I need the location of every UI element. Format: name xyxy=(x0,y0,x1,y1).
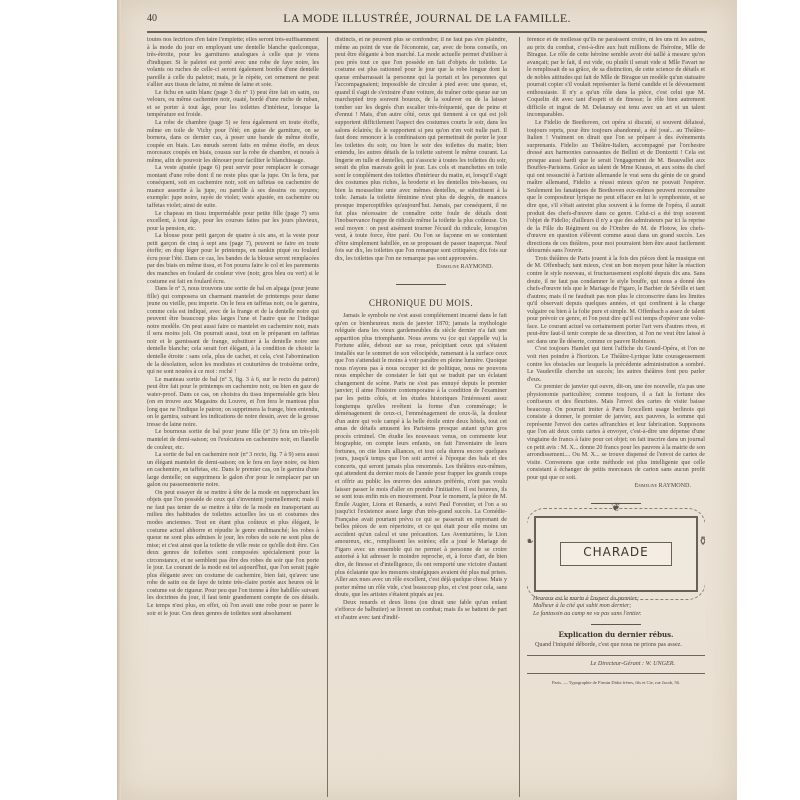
charade-verse: Le fantassin au camp ne va pas sans l'en… xyxy=(533,611,705,619)
paragraph: La sortie de bal en cachemire noir (nº 3… xyxy=(147,452,319,490)
printer-imprint: Paris. — Typographie de Firmin Didot frè… xyxy=(527,679,705,687)
paragraph: toutes nos lectrices d'en faire l'emplet… xyxy=(147,37,319,90)
paragraph: On peut essayer de se mettre à tête de l… xyxy=(147,490,319,618)
charade-title: CHARADE xyxy=(583,545,649,559)
author-signature: Emmeline RAYMOND. xyxy=(335,264,507,272)
charade-verse: Malheur à la cité qui subit mon dernier; xyxy=(533,603,705,611)
paragraph: Le fichu en satin blanc (page 3 du nº 1)… xyxy=(147,90,319,120)
paragraph: Jamais le symbole ne s'est aussi complét… xyxy=(335,313,507,600)
header-rule xyxy=(147,31,707,33)
chronique-title: CHRONIQUE DU MOIS. xyxy=(335,297,507,309)
rule xyxy=(527,673,705,674)
paragraph: Le bournous sortie de bal pour jeune fil… xyxy=(147,429,319,452)
paragraph: Trois théâtres de Paris jouent à la fois… xyxy=(527,256,705,347)
section-divider xyxy=(396,284,446,285)
charade-engraving: ❦ ❧ ⚱ CHARADE xyxy=(534,516,698,592)
paragraph: La veste ajustée (page 6) peut servir po… xyxy=(147,165,319,210)
urn-ornament-icon: ⚱ xyxy=(698,538,705,546)
column-divider xyxy=(327,37,328,797)
paragraph: La blouse pour petit garçon de quatre à … xyxy=(147,233,319,286)
paragraph: La robe de chambre (page 5) se fera égal… xyxy=(147,120,319,165)
column-1: toutes nos lectrices d'en faire l'emplet… xyxy=(147,37,319,795)
paragraph: Dans le nº 3, nous trouvons une sortie d… xyxy=(147,286,319,377)
paragraph: Le manteau sortie de bal (nº 3, fig. 3 à… xyxy=(147,377,319,430)
page-edge xyxy=(117,0,121,800)
charade-banner: CHARADE xyxy=(560,542,672,567)
author-signature: Emmeline RAYMOND. xyxy=(527,483,705,491)
rule xyxy=(527,655,705,656)
paragraph: C'est toujours Hamlet qui tient l'affich… xyxy=(527,346,705,384)
page-header: 40 LA MODE ILLUSTRÉE, JOURNAL DE LA FAMI… xyxy=(147,6,707,30)
rebus-answer: Quand l'iniquité déborde, c'est que nous… xyxy=(527,642,705,650)
rebus-title: Explication du dernier rébus. xyxy=(527,631,705,639)
section-divider xyxy=(591,624,641,625)
paragraph: Ce premier de janvier qui ouvre, dit-on,… xyxy=(527,384,705,482)
running-title: LA MODE ILLUSTRÉE, JOURNAL DE LA FAMILLE… xyxy=(147,11,707,26)
paragraph: Le Fidelio de Beethoven, cet opéra si di… xyxy=(527,120,705,256)
director-credit: Le Directeur-Gérant : W. UNGER. xyxy=(527,661,705,669)
figure-ornament-icon: ❧ xyxy=(527,538,534,546)
paragraph: férence et de mollesse qu'ils ne paraiss… xyxy=(527,37,705,120)
paragraph: Le chapeau en tissu imperméable pour pet… xyxy=(147,211,319,234)
column-2: distincts, et ne peuvent plus se confond… xyxy=(335,37,507,795)
paragraph: distincts, et ne peuvent plus se confond… xyxy=(335,37,507,263)
paragraph: Deux renards et deux lions (on dirait un… xyxy=(335,600,507,623)
column-divider xyxy=(519,37,520,797)
newspaper-page: 40 LA MODE ILLUSTRÉE, JOURNAL DE LA FAMI… xyxy=(117,0,737,800)
column-3: férence et de mollesse qu'ils ne paraiss… xyxy=(527,37,705,795)
floral-ornament-icon: ❦ xyxy=(611,504,621,512)
